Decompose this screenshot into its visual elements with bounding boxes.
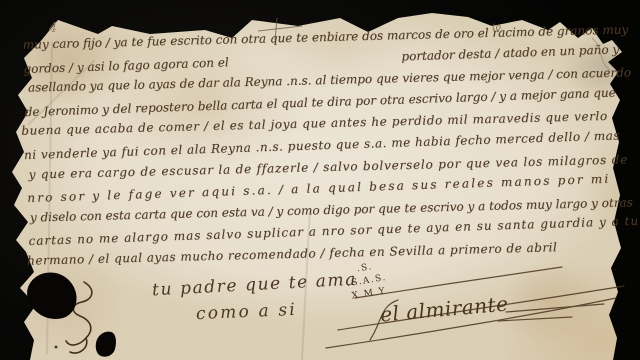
manuscript-photograph: 4 to muy caro fijo / ya te fue escrito c… [0, 0, 640, 360]
letter-body: muy caro fijo / ya te fue escrito con ot… [22, 18, 633, 273]
